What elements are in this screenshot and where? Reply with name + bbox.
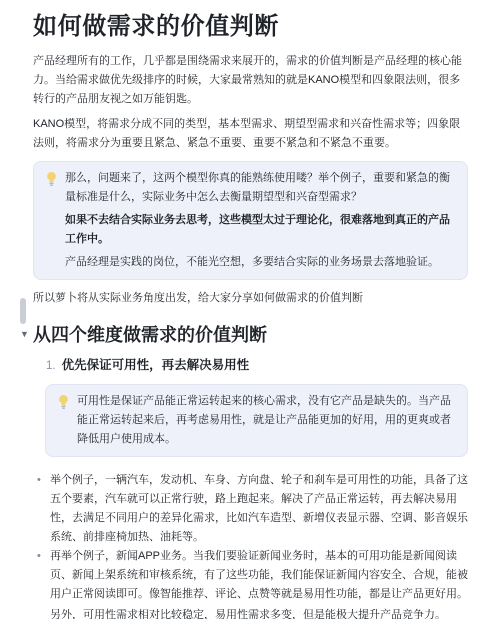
intro-paragraph-1: 产品经理所有的工作，几乎都是围绕需求来展开的，需求的价值判断是产品经理的核心能力… <box>33 52 468 109</box>
scroll-indicator-bar[interactable] <box>20 298 26 324</box>
bullet-1-text: 举个例子，一辆汽车，发动机、车身、方向盘、轮子和刹车是可用性的功能，具备了这五个… <box>50 471 468 547</box>
ordered-list-number: 1. <box>46 357 56 376</box>
collapse-caret-icon[interactable]: ▼ <box>20 330 29 339</box>
document-page: 如何做需求的价值判断 产品经理所有的工作，几乎都是围绕需求来展开的，需求的价值判… <box>0 0 500 619</box>
bullet-item-1: • 举个例子，一辆汽车，发动机、车身、方向盘、轮子和刹车是可用性的功能，具备了这… <box>33 471 468 547</box>
callout-2-body: 可用性是保证产品能正常运转起来的核心需求，没有它产品是缺失的。当产品能正常运转起… <box>77 392 453 449</box>
page-title: 如何做需求的价值判断 <box>33 12 468 42</box>
lightbulb-icon <box>46 172 57 186</box>
callout-1-paragraph-3: 产品经理是实践的岗位，不能光空想，多要结合实际的业务场景去落地验证。 <box>65 253 453 272</box>
callout-block-2: 可用性是保证产品能正常运转起来的核心需求，没有它产品是缺失的。当产品能正常运转起… <box>45 384 468 457</box>
bullet-marker-icon: • <box>37 547 50 604</box>
callout-1-body: 那么，问题来了，这两个模型你真的能熟练使用喽？举个例子，重要和紧急的衡量标准是什… <box>65 169 453 272</box>
callout-1-paragraph-2-bold: 如果不去结合实际业务去思考，这些模型太过于理论化，很难落地到真正的产品工作中。 <box>65 211 453 249</box>
ordered-list-item-1: 1. 优先保证可用性，再去解决易用性 <box>33 356 468 376</box>
intro-paragraph-2: KANO模型，将需求分成不同的类型，基本型需求、期望型需求和兴奋性需求等；四象限… <box>33 115 468 153</box>
ordered-list-title: 优先保证可用性，再去解决易用性 <box>62 356 250 375</box>
callout-block-1: 那么，问题来了，这两个模型你真的能熟练使用喽？举个例子，重要和紧急的衡量标准是什… <box>33 161 468 280</box>
section-heading: ▼ 从四个维度做需求的价值判断 <box>33 322 468 348</box>
transition-paragraph: 所以萝卜将从实际业务角度出发，给大家分享如何做需求的价值判断 <box>33 289 468 308</box>
bullet-item-2: • 再举个例子，新闻APP业务。当我们要验证新闻业务时，基本的可用功能是新闻阅读… <box>33 547 468 604</box>
bullet-list: • 举个例子，一辆汽车，发动机、车身、方向盘、轮子和刹车是可用性的功能，具备了这… <box>33 471 468 604</box>
bullet-2-text: 再举个例子，新闻APP业务。当我们要验证新闻业务时，基本的可用功能是新闻阅读页、… <box>50 547 468 604</box>
bullet-marker-icon: • <box>37 471 50 547</box>
lightbulb-icon <box>58 395 69 409</box>
callout-1-paragraph-1: 那么，问题来了，这两个模型你真的能熟练使用喽？举个例子，重要和紧急的衡量标准是什… <box>65 169 453 207</box>
section-heading-text: 从四个维度做需求的价值判断 <box>33 325 267 345</box>
closing-paragraph: 另外，可用性需求相对比较稳定，易用性需求多变，但是能极大提升产品竞争力。 <box>50 606 468 619</box>
callout-2-text: 可用性是保证产品能正常运转起来的核心需求，没有它产品是缺失的。当产品能正常运转起… <box>77 392 453 449</box>
